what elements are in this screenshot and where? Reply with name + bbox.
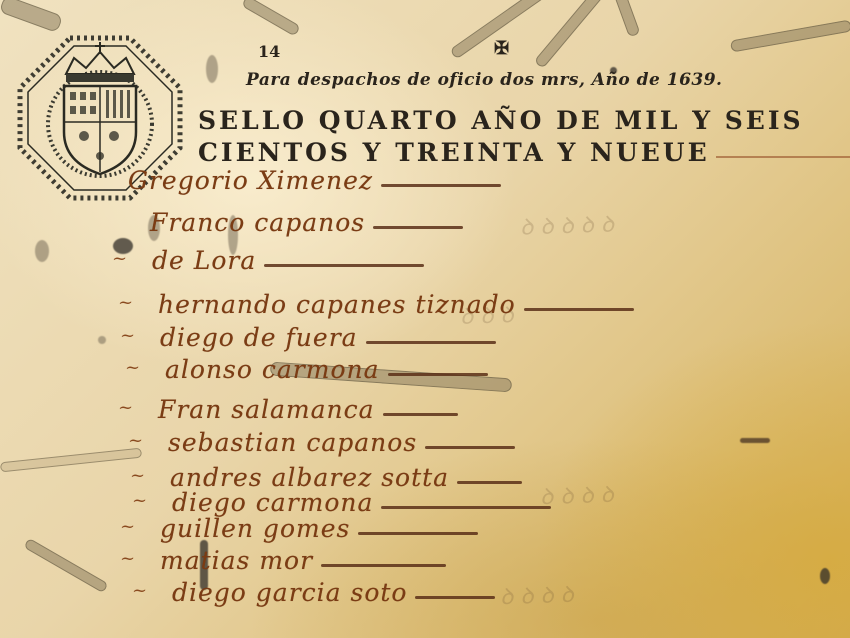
entry-rule-line: [425, 446, 515, 449]
margin-mark-icon: ~: [120, 548, 135, 569]
bleed-through-text: ꝺ ꝺ ꝺ ꝺ: [499, 579, 574, 612]
cross-mark-icon: ✠: [494, 38, 509, 59]
entry-name: hernando capanes tiznado: [158, 292, 516, 317]
entry-name: Fran salamanca: [158, 397, 375, 422]
list-item: Gregorio Ximenez: [128, 168, 501, 193]
margin-mark-icon: ~: [120, 516, 135, 537]
entry-rule-line: [358, 532, 478, 535]
entry-rule-line: [388, 373, 488, 376]
margin-mark-icon: ~: [132, 580, 147, 601]
margin-mark-icon: ~: [132, 490, 147, 511]
list-item: ~hernando capanes tiznado: [158, 292, 634, 317]
list-item: ~diego de fuera: [160, 325, 496, 350]
entry-rule-line: [381, 184, 501, 187]
margin-mark-icon: ~: [125, 357, 140, 378]
entry-name: diego carmona: [172, 490, 373, 515]
entry-rule-line: [366, 341, 496, 344]
margin-mark-icon: ~: [120, 325, 135, 346]
entry-name: sebastian capanos: [168, 430, 417, 455]
margin-mark-icon: ~: [118, 397, 133, 418]
stamp-header-line-3: CIENTOS Y TREINTA Y NUEUE: [198, 138, 710, 167]
ink-blot: [820, 568, 830, 584]
list-item: ~Fran salamanca: [158, 397, 458, 422]
entry-rule-line: [457, 481, 522, 484]
header-rule: [716, 156, 850, 158]
ink-blot: [206, 55, 218, 83]
list-item: ~sebastian capanos: [168, 430, 515, 455]
entry-rule-line: [383, 413, 458, 416]
entry-name: alonso carmona: [165, 357, 380, 382]
entry-rule-line: [524, 308, 634, 311]
entry-rule-line: [381, 506, 551, 509]
entry-rule-line: [264, 264, 424, 267]
list-item: ~alonso carmona: [165, 357, 488, 382]
ink-blot: [98, 336, 106, 344]
list-item: ~de Lora: [152, 248, 424, 273]
entry-name: Franco capanos: [150, 210, 365, 235]
list-item: ~diego carmona: [172, 490, 551, 515]
margin-mark-icon: ~: [128, 430, 143, 451]
page-number-mark: 14: [258, 42, 280, 61]
entry-rule-line: [415, 596, 495, 599]
list-item: ~matias mor: [160, 548, 446, 573]
ink-blot: [35, 240, 49, 262]
entry-rule-line: [373, 226, 463, 229]
bleed-through-text: ꝺ ꝺ ꝺ ꝺ ꝺ: [520, 208, 615, 241]
ink-blot: [740, 438, 770, 443]
stamp-header-line-1: Para despachos de oficio dos mrs, Año de…: [246, 70, 722, 90]
list-item: ~andres albarez sotta: [170, 465, 522, 490]
entry-name: diego de fuera: [160, 325, 358, 350]
list-item: ~diego garcia soto: [172, 580, 495, 605]
entry-name: matias mor: [160, 548, 313, 573]
list-item: ~guillen gomes: [160, 516, 478, 541]
margin-mark-icon: ~: [112, 248, 127, 269]
entry-name: de Lora: [152, 248, 256, 273]
entry-name: andres albarez sotta: [170, 465, 449, 490]
entry-rule-line: [321, 564, 446, 567]
entry-name: Gregorio Ximenez: [128, 168, 373, 193]
list-item: Franco capanos: [150, 210, 463, 235]
margin-mark-icon: ~: [130, 465, 145, 486]
margin-mark-icon: ~: [118, 292, 133, 313]
stamp-header-line-2: SELLO QUARTO AÑO DE MIL Y SEIS: [198, 106, 804, 135]
entry-name: diego garcia soto: [172, 580, 407, 605]
entry-name: guillen gomes: [160, 516, 350, 541]
